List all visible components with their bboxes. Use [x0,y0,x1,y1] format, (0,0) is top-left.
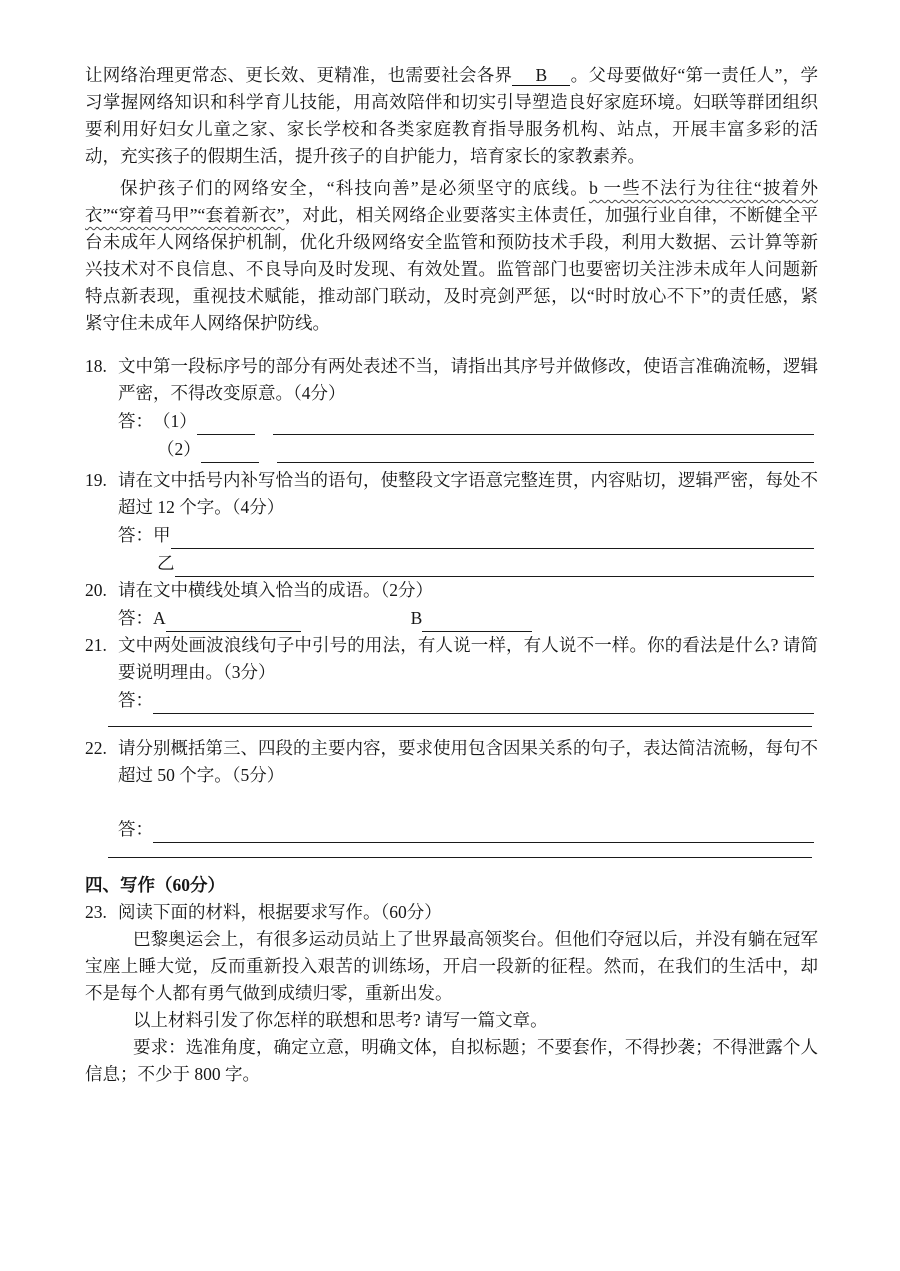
question-20-answer-row: 答： A B [118,604,818,632]
answer-label: 答： [118,605,153,632]
answer-sub2-label: （2） [157,436,201,463]
passage-paragraph-1: 让网络治理更常态、更长效、更精准，也需要社会各界B。父母要做好“第一责任人”，学… [85,62,818,170]
page-content: 让网络治理更常态、更长效、更精准，也需要社会各界B。父母要做好“第一责任人”，学… [85,62,818,1088]
section-4-heading: 四、写作（60分） [85,872,818,899]
passage-p1-text-before: 让网络治理更常态、更长效、更精准，也需要社会各界 [85,65,512,85]
answer-blank-a [166,608,301,632]
answer-blank-long [171,525,815,549]
question-22-text: 请分别概括第三、四段的主要内容，要求使用包含因果关系的句子，表达简洁流畅，每句不… [118,735,818,789]
passage-paragraph-2: 保护孩子们的网络安全，“科技向善”是必须坚守的底线。b 一些不法行为往往“披着外… [85,175,818,337]
question-23: 23. 阅读下面的材料，根据要求写作。（60分） [85,899,818,926]
answer-blank-long [273,411,814,435]
question-19-number: 19. [85,467,107,494]
question-18-number: 18. [85,353,107,380]
answer-blank-b [422,608,532,632]
question-22: 22. 请分别概括第三、四段的主要内容，要求使用包含因果关系的句子，表达简洁流畅… [85,735,818,843]
essay-material-paragraph-1: 巴黎奥运会上，有很多运动员站上了世界最高领奖台。但他们夺冠以后，并没有躺在冠军宝… [85,926,818,1007]
question-19-answer-row-2: 乙 [118,549,818,577]
question-23-number: 23. [85,899,107,926]
answer-blank-long [153,819,814,843]
question-18-answer-row-2: （2） [118,435,818,463]
answer-blank-long [277,439,814,463]
question-23-text: 阅读下面的材料，根据要求写作。（60分） [118,899,818,926]
essay-material-paragraph-3: 要求：选准角度，确定立意，明确文体，自拟标题；不要套作，不得抄袭；不得泄露个人信… [85,1034,818,1088]
question-18-text: 文中第一段标序号的部分有两处表述不当，请指出其序号并做修改，使语言准确流畅，逻辑… [118,353,818,407]
answer-sub1-label: （1） [153,408,197,435]
question-22-answer-line-2 [108,857,812,858]
question-21-answer-line-2 [108,726,812,727]
question-19: 19. 请在文中括号内补写恰当的语句，使整段文字语意完整连贯，内容贴切，逻辑严密… [85,467,818,577]
question-20-text: 请在文中横线处填入恰当的成语。（2分） [118,577,818,604]
exam-paper-page: 让网络治理更常态、更长效、更精准，也需要社会各界B。父母要做好“第一责任人”，学… [0,0,900,1271]
answer-label: 答： [118,408,153,435]
question-18-answer-row-1: 答： （1） [118,407,818,435]
answer-blank-short [197,411,255,435]
question-20-number: 20. [85,577,107,604]
answer-label: 答： [118,687,153,714]
answer-a-label: A [153,605,166,632]
answer-label: 答： [118,522,153,549]
question-20: 20. 请在文中横线处填入恰当的成语。（2分） 答： A B [85,577,818,632]
answer-yi-label: 乙 [157,550,175,577]
fill-blank-b: B [512,65,570,86]
answer-b-label: B [411,605,423,632]
question-22-number: 22. [85,735,107,762]
answer-label: 答： [118,816,153,843]
question-22-answer-row: 答： [118,815,818,843]
question-21: 21. 文中两处画波浪线句子中引号的用法，有人说一样，有人说不一样。你的看法是什… [85,632,818,714]
answer-blank-short [201,439,259,463]
question-21-text: 文中两处画波浪线句子中引号的用法，有人说一样，有人说不一样。你的看法是什么? 请… [118,632,818,686]
answer-jia-label: 甲 [153,522,171,549]
answer-blank-long [175,553,815,577]
essay-material-paragraph-2: 以上材料引发了你怎样的联想和思考? 请写一篇文章。 [85,1007,818,1034]
question-18: 18. 文中第一段标序号的部分有两处表述不当，请指出其序号并做修改，使语言准确流… [85,353,818,463]
question-19-answer-row-1: 答： 甲 [118,521,818,549]
question-21-number: 21. [85,632,107,659]
question-19-text: 请在文中括号内补写恰当的语句，使整段文字语意完整连贯，内容贴切，逻辑严密，每处不… [118,467,818,521]
fill-blank-b-label: B [536,65,548,85]
answer-blank-long [153,690,814,714]
question-21-answer-row: 答： [118,686,818,714]
passage-p2-text-before: 保护孩子们的网络安全，“科技向善”是必须坚守的底线。 [120,178,589,198]
